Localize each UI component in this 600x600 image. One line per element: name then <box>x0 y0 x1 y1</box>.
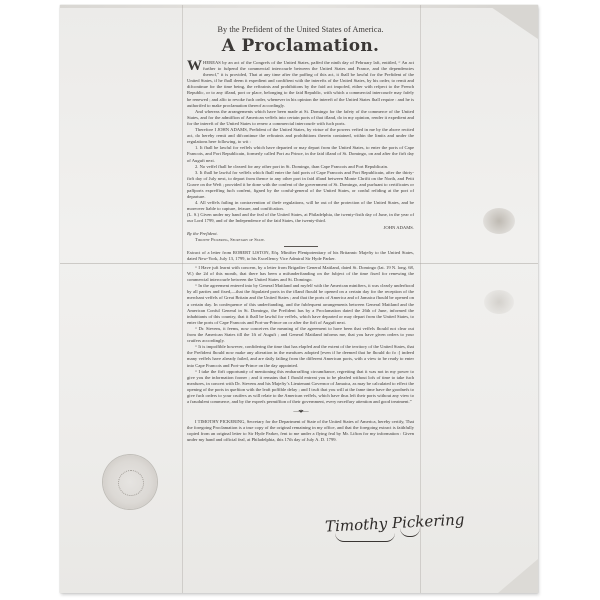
given-text: Given under my hand and the feal of the … <box>187 212 414 223</box>
ornament-divider: —•♦•— <box>187 409 414 415</box>
paragraph: 2. No veffel fhall be cleared for any ot… <box>187 164 414 170</box>
water-stain <box>484 290 514 314</box>
document-title: A Proclamation. <box>187 36 414 56</box>
letter-paragraph: “ I take the firft opportunity of mentio… <box>187 369 414 406</box>
document-body: By the Prefident of the United States of… <box>187 25 414 444</box>
drop-cap: W <box>187 60 202 73</box>
signature-flourish <box>335 533 395 542</box>
certification: I TIMOTHY PICKERING, Secretary for the D… <box>187 419 414 443</box>
paragraph: 1. It fhall be lawful for veffels which … <box>187 145 414 163</box>
paragraph: And whereas the arrangements which have … <box>187 109 414 127</box>
letter-paragraph: “ Dr. Stevens, it feems, now conceives t… <box>187 326 414 344</box>
torn-corner <box>488 5 538 39</box>
fold-line <box>420 5 421 593</box>
letter-paragraph: “ In the agreement entered into by Gener… <box>187 283 414 326</box>
extract-heading: Extract of a letter from ROBERT LISTON, … <box>187 250 414 262</box>
letter-paragraph: “ I Have juft learnt with concern, by a … <box>187 265 414 283</box>
divider <box>284 246 318 247</box>
water-stain <box>483 208 515 234</box>
seal-label: (L. S.) <box>187 212 199 217</box>
paragraph: 4. All veffels failing in contravention … <box>187 200 414 212</box>
letter-paragraph: “ It is impoffible however, confidering … <box>187 344 414 368</box>
wax-seal <box>103 455 157 509</box>
secretary-line: Timothy Pickering, Secretary of State. <box>187 237 414 243</box>
paragraph: Therefore I JOHN ADAMS, Prefident of the… <box>187 127 414 145</box>
torn-corner <box>498 559 538 593</box>
fold-line <box>182 5 183 593</box>
paragraph: 3. It fhall be lawful for veffels which … <box>187 170 414 200</box>
paragraph: HEREAS by an act of the Congrefs of the … <box>187 60 414 108</box>
heading: By the Prefident of the United States of… <box>187 25 414 34</box>
